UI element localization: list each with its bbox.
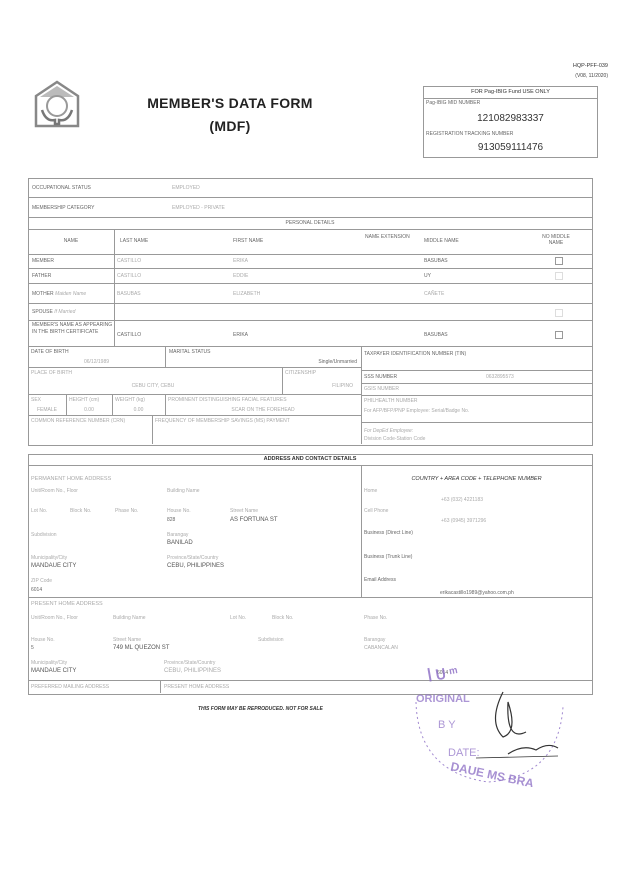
cell-phone-value[interactable]: +63 (0945) 3971296 — [441, 518, 486, 524]
pres-province-value[interactable]: CEBU, PHILIPPINES — [164, 668, 221, 674]
membership-category-label: MEMBERSHIP CATEGORY — [32, 205, 95, 211]
col-first-name: FIRST NAME — [233, 238, 263, 244]
pob-value[interactable]: CEBU CITY, CEBU — [28, 383, 278, 389]
pres-subdivision-label: Subdivision — [258, 637, 284, 643]
cell-phone-label: Cell Phone — [364, 508, 388, 514]
father-first-name[interactable]: EDDIE — [233, 273, 248, 279]
mother-first-name[interactable]: ELIZABETH — [233, 291, 260, 297]
mid-number-value: 121082983337 — [424, 113, 597, 124]
marital-status-label: MARITAL STATUS — [169, 349, 210, 355]
perm-barangay-value[interactable]: BANILAD — [167, 540, 193, 546]
perm-municipality-label: Municipality/City — [31, 555, 67, 561]
present-address-heading: PRESENT HOME ADDRESS — [31, 601, 103, 607]
business-trunk-label: Business (Trunk Line) — [364, 554, 412, 560]
marital-status-value[interactable]: Single/Unmarried — [165, 359, 361, 365]
registration-tracking-label: REGISTRATION TRACKING NUMBER — [426, 131, 513, 137]
perm-province-label: Province/State/Country — [167, 555, 218, 561]
form-title-line2: (MDF) — [120, 118, 340, 134]
sss-value[interactable]: 0632895573 — [486, 374, 514, 380]
membership-category-value[interactable]: EMPLOYED - PRIVATE — [172, 205, 225, 211]
afp-badge-label: For AFP/BFP/PNP Employee: Serial/Badge N… — [364, 408, 484, 414]
pres-municipality-value[interactable]: MANDAUE CITY — [31, 668, 76, 674]
pres-street-label: Street Name — [113, 637, 141, 643]
perm-unit-label: Unit/Room No., Floor — [31, 488, 78, 494]
address-contact-heading: ADDRESS AND CONTACT DETAILS — [28, 456, 592, 462]
home-phone-value[interactable]: +63 (032) 4221183 — [441, 497, 483, 503]
form-code: HQP-PFF-039 — [528, 63, 608, 69]
perm-barangay-label: Barangay — [167, 532, 188, 538]
perm-block-label: Block No. — [70, 508, 91, 514]
bc-last-name[interactable]: CASTILLO — [117, 332, 141, 338]
email-value[interactable]: erikacastillo1989@yahoo.com.ph — [440, 590, 514, 596]
pres-phase-label: Phase No. — [364, 615, 387, 621]
svg-text:DAUE MS BRA: DAUE MS BRA — [449, 759, 535, 787]
personal-details-heading: PERSONAL DETAILS — [28, 220, 592, 226]
pres-lot-label: Lot No. — [230, 615, 246, 621]
member-middle-name[interactable]: BASUBAS — [424, 258, 448, 264]
dob-label: DATE OF BIRTH — [31, 349, 69, 355]
features-value[interactable]: SCAR ON THE FOREHEAD — [165, 407, 361, 413]
sex-value[interactable]: FEMALE — [28, 407, 66, 413]
col-name-extension: NAME EXTENSION — [365, 234, 410, 240]
spouse-no-middle-name-checkbox[interactable] — [555, 309, 563, 317]
bc-first-name[interactable]: ERIKA — [233, 332, 248, 338]
fund-use-heading: FOR Pag-IBIG Fund USE ONLY — [424, 89, 597, 95]
pres-barangay-label: Barangay — [364, 637, 385, 643]
perm-municipality-value[interactable]: MANDAUE CITY — [31, 563, 76, 569]
perm-street-label: Street Name — [230, 508, 258, 514]
gsis-label: GSIS NUMBER — [364, 386, 399, 392]
sss-label: SSS NUMBER — [364, 374, 397, 380]
father-last-name[interactable]: CASTILLO — [117, 273, 141, 279]
fund-use-only-box: FOR Pag-IBIG Fund USE ONLY Pag-IBIG MID … — [423, 86, 598, 158]
perm-subdivision-label: Subdivision — [31, 532, 57, 538]
svg-text:DATE:: DATE: — [448, 747, 480, 759]
weight-value[interactable]: 0.00 — [112, 407, 165, 413]
citizenship-value[interactable]: FILIPINO — [282, 383, 361, 389]
telephone-heading: COUNTRY + AREA CODE + TELEPHONE NUMBER — [361, 476, 592, 482]
father-middle-name[interactable]: UY — [424, 273, 431, 279]
mid-number-label: Pag-IBIG MID NUMBER — [426, 100, 480, 106]
height-label: HEIGHT (cm) — [69, 397, 99, 403]
member-last-name[interactable]: CASTILLO — [117, 258, 141, 264]
father-no-middle-name-checkbox[interactable] — [555, 272, 563, 280]
pres-building-label: Building Name — [113, 615, 146, 621]
svg-text:B Y: B Y — [438, 719, 456, 731]
perm-lot-label: Lot No. — [31, 508, 47, 514]
received-stamp: ORIGINAL B Y DATE: DAUE MS BRA ꟾ ᑌ ᵐ — [408, 662, 568, 787]
perm-zip-label: ZIP Code — [31, 578, 52, 584]
svg-text:ꟾ ᑌ ᵐ: ꟾ ᑌ ᵐ — [426, 662, 459, 684]
form-title-line1: MEMBER'S DATA FORM — [120, 95, 340, 111]
sex-label: SEX — [31, 397, 41, 403]
weight-label: WEIGHT (kg) — [115, 397, 145, 403]
deped-code-label: Division Code-Station Code — [364, 436, 425, 442]
col-name: NAME — [28, 238, 114, 244]
crn-label: COMMON REFERENCE NUMBER (CRN) — [31, 418, 125, 424]
bc-middle-name[interactable]: BASUBAS — [424, 332, 448, 338]
pres-unit-label: Unit/Room No., Floor — [31, 615, 78, 621]
col-no-middle-name: NO MIDDLE NAME — [536, 234, 576, 246]
mother-last-name[interactable]: BASUBAS — [117, 291, 141, 297]
home-phone-label: Home — [364, 488, 377, 494]
ms-frequency-label: FREQUENCY OF MEMBERSHIP SAVINGS (MS) PAY… — [155, 418, 290, 424]
perm-phase-label: Phase No. — [115, 508, 138, 514]
occupational-status-label: OCCUPATIONAL STATUS — [32, 185, 91, 191]
pres-street-value[interactable]: 749 ML QUEZON ST — [113, 645, 169, 651]
svg-text:ORIGINAL: ORIGINAL — [416, 693, 470, 705]
bc-no-middle-name-checkbox[interactable] — [555, 331, 563, 339]
pres-province-label: Province/State/Country — [164, 660, 215, 666]
pres-house-value[interactable]: 5 — [31, 645, 34, 651]
member-no-middle-name-checkbox[interactable] — [555, 257, 563, 265]
col-last-name: LAST NAME — [120, 238, 148, 244]
citizenship-label: CITIZENSHIP — [285, 370, 316, 376]
preferred-mailing-value[interactable]: PRESENT HOME ADDRESS — [164, 684, 229, 690]
pres-block-label: Block No. — [272, 615, 293, 621]
deped-label: For DepEd Employee: — [364, 428, 413, 434]
form-version: (V08, 11/2020) — [528, 73, 608, 79]
perm-house-label: House No. — [167, 508, 191, 514]
mother-middle-name[interactable]: CAÑETE — [424, 291, 444, 297]
registration-tracking-value: 913059111476 — [424, 142, 597, 153]
business-direct-label: Business (Direct Line) — [364, 530, 413, 536]
occupational-status-value[interactable]: EMPLOYED — [172, 185, 200, 191]
tin-label: TAXPAYER IDENTIFICATION NUMBER (TIN) — [364, 351, 474, 358]
perm-house-value[interactable]: 828 — [167, 517, 175, 523]
address-section — [28, 454, 593, 695]
pres-municipality-label: Municipality/City — [31, 660, 67, 666]
email-label: Email Address — [364, 577, 396, 583]
perm-zip-value[interactable]: 6014 — [31, 587, 42, 593]
preferred-mailing-label: PREFERRED MAILING ADDRESS — [31, 684, 109, 690]
pag-ibig-logo — [34, 80, 80, 128]
permanent-address-heading: PERMANENT HOME ADDRESS — [31, 476, 111, 482]
pres-barangay-value[interactable]: CABANCALAN — [364, 645, 398, 651]
perm-street-value[interactable]: AS FORTUNA ST — [230, 517, 278, 523]
perm-province-value[interactable]: CEBU, PHILIPPINES — [167, 563, 224, 569]
col-middle-name: MIDDLE NAME — [424, 238, 459, 244]
pres-house-label: House No. — [31, 637, 55, 643]
perm-building-label: Building Name — [167, 488, 200, 494]
features-label: PROMINENT DISTINGUISHING FACIAL FEATURES — [168, 397, 287, 403]
member-first-name[interactable]: ERIKA — [233, 258, 248, 264]
reproduction-note: THIS FORM MAY BE REPRODUCED. NOT FOR SAL… — [198, 706, 323, 712]
pob-label: PLACE OF BIRTH — [31, 370, 72, 376]
philhealth-label: PHILHEALTH NUMBER — [364, 398, 418, 404]
height-value[interactable]: 0.00 — [66, 407, 112, 413]
dob-value[interactable]: 06/12/1989 — [28, 359, 165, 365]
